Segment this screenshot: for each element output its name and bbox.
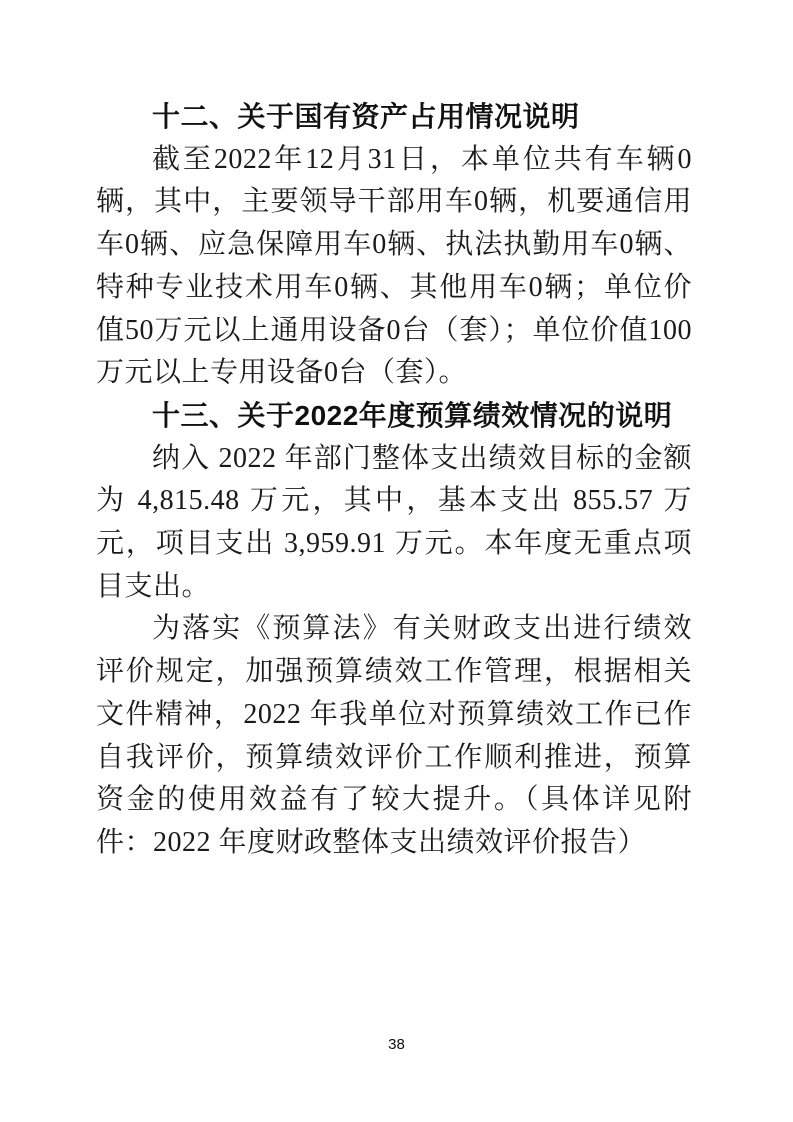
section-heading-13-budget-performance: 十三、关于2022年度预算绩效情况的说明 xyxy=(96,395,692,438)
paragraph-performance-targets: 纳入 2022 年部门整体支出绩效目标的金额为 4,815.48 万元，其中，基… xyxy=(96,438,692,609)
section-heading-12-state-assets: 十二、关于国有资产占用情况说明 xyxy=(96,96,692,139)
page-number: 38 xyxy=(0,1036,793,1053)
paragraph-state-assets-usage: 截至2022年12月31日，本单位共有车辆0辆，其中，主要领导干部用车0辆，机要… xyxy=(96,139,692,395)
document-page: 十二、关于国有资产占用情况说明 截至2022年12月31日，本单位共有车辆0辆，… xyxy=(0,0,793,1122)
document-body: 十二、关于国有资产占用情况说明 截至2022年12月31日，本单位共有车辆0辆，… xyxy=(96,96,692,865)
paragraph-performance-evaluation: 为落实《预算法》有关财政支出进行绩效评价规定，加强预算绩效工作管理，根据相关文件… xyxy=(96,608,692,864)
